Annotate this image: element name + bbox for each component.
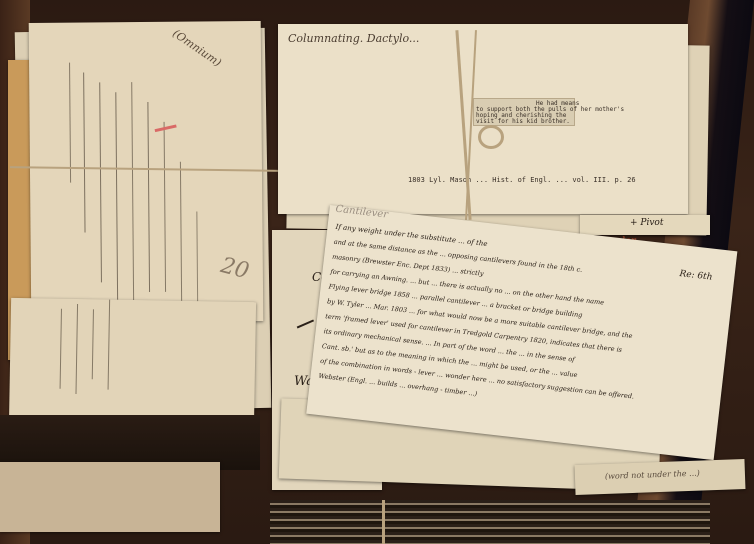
string-knot-loop — [478, 125, 504, 149]
bottom-note: (word not under the ...) — [605, 469, 700, 481]
left-bundle-vertical-handwriting — [59, 61, 221, 302]
pivot-note: + Pivot — [630, 218, 663, 228]
slip-citation: 1803 Lyl. Mason ... Hist. of Engl. ... v… — [408, 176, 636, 184]
stacked-paper-edges — [270, 500, 710, 544]
red-underline-mark — [155, 124, 177, 132]
slip-number: 20 — [218, 253, 251, 284]
pasted-print-clipping: He had means to support both the pulls o… — [473, 98, 575, 126]
left-bundle-lower-slip — [9, 298, 256, 432]
top-slip-heading: Columnating. Dactylo... — [288, 32, 419, 45]
bottom-note-slip: (word not under the ...) — [575, 459, 746, 495]
sheet-text-block: If any weight under the substitute ... o… — [318, 220, 729, 429]
right-bundle-top-slip: Columnating. Dactylo... He had means to … — [278, 24, 688, 214]
bottom-left-slip — [0, 462, 220, 532]
photo-scene: (Omnium) 20 — [0, 0, 754, 544]
bottom-string — [382, 500, 385, 544]
left-bundle-top-slip: (Omnium) 20 — [29, 21, 264, 323]
print-line: visit for his kid brother. — [476, 118, 570, 125]
slip-edge-pivot: + Pivot — [580, 215, 710, 235]
